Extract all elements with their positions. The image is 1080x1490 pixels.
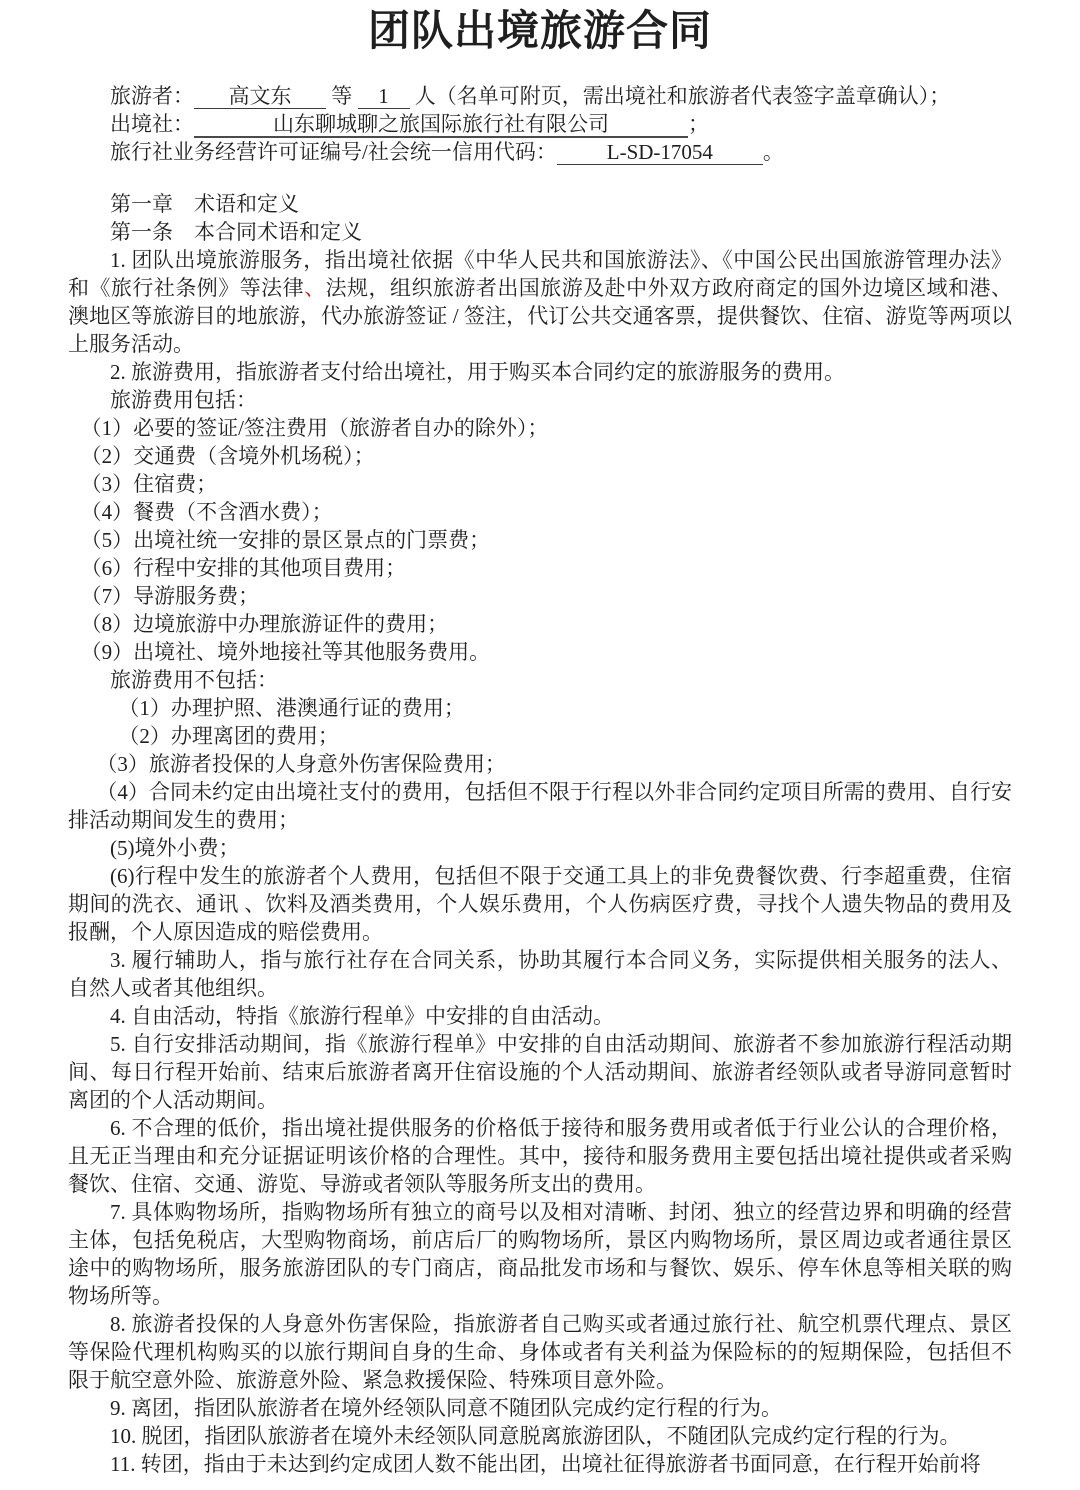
document-title: 团队出境旅游合同 [68, 6, 1012, 58]
paragraph: 7. 具体购物场所，指购物场所有独立的商号以及相对清晰、封闭、独立的经营边界和明… [68, 1198, 1012, 1310]
agency-label: 出境社： [110, 112, 194, 136]
chapter-heading: 第一章 术语和定义 [68, 190, 1012, 218]
license-suffix: 。 [763, 140, 784, 164]
license-label: 旅行社业务经营许可证编号/社会统一信用代码： [110, 140, 557, 164]
paragraph: (5)境外小费； [68, 834, 1012, 862]
traveler-label: 旅游者： [110, 84, 194, 108]
paragraph: （8）边境旅游中办理旅游证件的费用； [68, 610, 1012, 638]
agency-name-blank: 山东聊城聊之旅国际旅行社有限公司 [194, 112, 688, 138]
paragraph: 旅游费用包括： [68, 386, 1012, 414]
paragraph: 11. 转团，指由于未达到约定成团人数不能出团，出境社征得旅游者书面同意，在行程… [68, 1450, 1012, 1478]
traveler-mid-label: 等 [331, 84, 352, 108]
agency-suffix: ； [688, 112, 709, 136]
paragraph: （9）出境社、境外地接社等其他服务费用。 [68, 638, 1012, 666]
paragraph: （1）必要的签证/签注费用（旅游者自办的除外）； [68, 414, 1012, 442]
paragraph: （3）旅游者投保的人身意外伤害保险费用； [68, 750, 1012, 778]
red-highlighted-text: 、 [304, 276, 325, 300]
traveler-line: 旅游者：高文东 等 1 人（名单可附页，需出境社和旅游者代表签字盖章确认）； [68, 82, 1012, 110]
paragraph: 旅游费用不包括： [68, 666, 1012, 694]
paragraph: 4. 自由活动，特指《旅游行程单》中安排的自由活动。 [68, 1002, 1012, 1030]
contract-document-page: 团队出境旅游合同 旅游者：高文东 等 1 人（名单可附页，需出境社和旅游者代表签… [0, 0, 1080, 1490]
paragraph-list: 1. 团队出境旅游服务，指出境社依据《中华人民共和国旅游法》、《中国公民出国旅游… [68, 246, 1012, 1478]
license-code-blank: L-SD-17054 [557, 140, 763, 165]
contract-header: 旅游者：高文东 等 1 人（名单可附页，需出境社和旅游者代表签字盖章确认）； 出… [68, 82, 1012, 166]
paragraph: （2）办理离团的费用； [68, 722, 1012, 750]
paragraph: （5）出境社统一安排的景区景点的门票费； [68, 526, 1012, 554]
paragraph: 2. 旅游费用，指旅游者支付给出境社，用于购买本合同约定的旅游服务的费用。 [68, 358, 1012, 386]
paragraph: （1）办理护照、港澳通行证的费用； [68, 694, 1012, 722]
traveler-count-blank: 1 [358, 84, 410, 109]
paragraph: 1. 团队出境旅游服务，指出境社依据《中华人民共和国旅游法》、《中国公民出国旅游… [68, 246, 1012, 358]
paragraph: 5. 自行安排活动期间，指《旅游行程单》中安排的自由活动期间、旅游者不参加旅游行… [68, 1030, 1012, 1114]
paragraph: （6）行程中安排的其他项目费用； [68, 554, 1012, 582]
paragraph: 9. 离团，指团队旅游者在境外经领队同意不随团队完成约定行程的行为。 [68, 1394, 1012, 1422]
traveler-name-blank: 高文东 [194, 84, 326, 109]
agency-line: 出境社：山东聊城聊之旅国际旅行社有限公司； [68, 110, 1012, 138]
paragraph: 3. 履行辅助人，指与旅行社存在合同关系，协助其履行本合同义务，实际提供相关服务… [68, 946, 1012, 1002]
paragraph: 6. 不合理的低价，指出境社提供服务的价格低于接待和服务费用或者低于行业公认的合… [68, 1114, 1012, 1198]
paragraph: （2）交通费（含境外机场税）； [68, 442, 1012, 470]
paragraph: (6)行程中发生的旅游者个人费用，包括但不限于交通工具上的非免费餐饮费、行李超重… [68, 862, 1012, 946]
paragraph: （4）合同未约定由出境社支付的费用，包括但不限于行程以外非合同约定项目所需的费用… [68, 778, 1012, 834]
traveler-suffix: 人（名单可附页，需出境社和旅游者代表签字盖章确认）； [415, 84, 951, 108]
paragraph: （4）餐费（不含酒水费）； [68, 498, 1012, 526]
paragraph: 10. 脱团，指团队旅游者在境外未经领队同意脱离旅游团队，不随团队完成约定行程的… [68, 1422, 1012, 1450]
license-line: 旅行社业务经营许可证编号/社会统一信用代码：L-SD-17054。 [68, 138, 1012, 166]
article-heading: 第一条 本合同术语和定义 [68, 218, 1012, 246]
paragraph: 8. 旅游者投保的人身意外伤害保险，指旅游者自己购买或者通过旅行社、航空机票代理… [68, 1310, 1012, 1394]
paragraph: （7）导游服务费； [68, 582, 1012, 610]
paragraph: （3）住宿费； [68, 470, 1012, 498]
